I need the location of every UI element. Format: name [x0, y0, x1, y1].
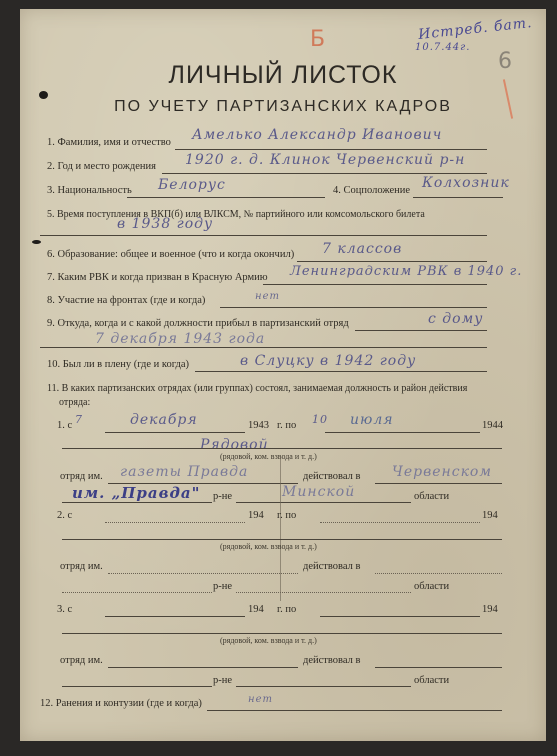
- detachment-2-position-line[interactable]: [62, 539, 502, 540]
- detachment-2-region-label: области: [414, 581, 449, 592]
- detachment-3-to-label: г. по: [277, 604, 296, 615]
- detachment-1-from-month[interactable]: декабря: [130, 412, 198, 428]
- field-6-line: [297, 261, 487, 262]
- detachment-2-district-label: р-не: [213, 581, 232, 592]
- punch-hole: [32, 240, 41, 244]
- detachment-3-num: 3. с: [57, 604, 72, 615]
- detachment-1-district-line: [62, 502, 212, 503]
- detachment-1-to-year: 1944: [482, 420, 503, 431]
- detachment-2-operated-line[interactable]: [375, 573, 502, 574]
- field-9-line: [355, 330, 487, 331]
- detachment-2-name-label: отряд им.: [60, 561, 103, 572]
- detachment-3-operated-label: действовал в: [303, 655, 360, 666]
- detachment-3-position-line[interactable]: [62, 633, 502, 634]
- detachment-1-to-label: г. по: [277, 420, 296, 431]
- detachment-1-to-line: [325, 432, 480, 433]
- red-annotation: Б: [310, 27, 326, 52]
- field-1-label: 1. Фамилия, имя и отчество: [47, 137, 171, 148]
- detachment-3-position-hint: (рядовой, ком. взвода и т. д.): [220, 636, 317, 645]
- detachment-3-to-line[interactable]: [320, 616, 480, 617]
- field-9-line2: [40, 347, 487, 348]
- detachment-1-from-day[interactable]: 7: [75, 413, 83, 426]
- field-7-line: [263, 284, 487, 285]
- detachment-1-region[interactable]: Минской: [282, 484, 355, 500]
- detachment-1-num: 1. с: [57, 420, 72, 431]
- field-8-value[interactable]: нет: [255, 291, 280, 302]
- field-4-value[interactable]: Колхозник: [422, 175, 510, 191]
- field-11-label: 11. В каких партизанских отрядах (или гр…: [47, 383, 467, 394]
- field-2-label: 2. Год и место рождения: [47, 161, 156, 172]
- detachment-2-num: 2. с: [57, 510, 72, 521]
- detachment-1-name[interactable]: газеты Правда: [120, 464, 248, 480]
- page-title: ЛИЧНЫЙ ЛИСТОК: [20, 61, 546, 90]
- detachment-2-from-year: 194: [248, 510, 264, 521]
- field-9-value-line2[interactable]: 7 декабря 1943 года: [95, 331, 265, 347]
- punch-hole: [39, 91, 48, 99]
- detachment-1-to-day[interactable]: 10: [312, 413, 328, 426]
- field-1-line: [175, 149, 487, 150]
- field-10-line: [195, 371, 487, 372]
- field-9-value[interactable]: с дому: [428, 311, 483, 327]
- field-2-line: [162, 173, 487, 174]
- field-12-label: 12. Ранения и контузии (где и когда): [40, 698, 202, 709]
- field-11-label-line2: отряда:: [59, 397, 90, 408]
- detachment-2-region-line[interactable]: [236, 592, 411, 593]
- field-5-label: 5. Время поступления в ВКП(б) или ВЛКСМ,…: [47, 209, 425, 220]
- detachment-3-region-label: области: [414, 675, 449, 686]
- page-subtitle: ПО УЧЕТУ ПАРТИЗАНСКИХ КАДРОВ: [20, 98, 546, 116]
- field-4-line: [413, 197, 503, 198]
- field-7-value[interactable]: Ленинградским РВК в 1940 г.: [290, 264, 522, 279]
- detachment-3-region-line[interactable]: [236, 686, 411, 687]
- detachment-1-position[interactable]: Рядовой: [200, 437, 269, 453]
- field-3-line: [127, 197, 325, 198]
- detachment-1-position-hint: (рядовой, ком. взвода и т. д.): [220, 452, 317, 461]
- field-4-label: 4. Соцположение: [333, 185, 410, 196]
- detachment-2-to-line[interactable]: [320, 522, 480, 523]
- detachment-1-to-month[interactable]: июля: [350, 412, 394, 428]
- field-7-label: 7. Каким РВК и когда призван в Красную А…: [47, 272, 268, 283]
- detachment-2-district-line[interactable]: [62, 592, 212, 593]
- detachment-3-from-year: 194: [248, 604, 264, 615]
- personal-record-sheet: Б Истреб. бат. 10.7.44г. 6 ЛИЧНЫЙ ЛИСТОК…: [20, 9, 546, 741]
- detachment-2-to-year: 194: [482, 510, 498, 521]
- field-6-label: 6. Образование: общее и военное (что и к…: [47, 249, 294, 260]
- detachment-3-name-line[interactable]: [108, 667, 298, 668]
- detachment-3-name-label: отряд им.: [60, 655, 103, 666]
- detachment-2-position-hint: (рядовой, ком. взвода и т. д.): [220, 542, 317, 551]
- annotation-date: 10.7.44г.: [415, 42, 470, 53]
- field-12-line: [207, 710, 502, 711]
- field-3-label: 3. Национальность: [47, 185, 132, 196]
- detachment-1-position-line: [62, 448, 502, 449]
- field-10-value[interactable]: в Слуцку в 1942 году: [240, 353, 416, 369]
- field-12-value[interactable]: нет: [248, 694, 273, 705]
- field-3-value[interactable]: Белорус: [158, 177, 226, 193]
- detachment-1-name-label: отряд им.: [60, 471, 103, 482]
- field-8-line: [220, 307, 487, 308]
- field-10-label: 10. Был ли в плену (где и когда): [47, 359, 189, 370]
- detachment-2-from-line[interactable]: [105, 522, 245, 523]
- detachment-1-operated-label: действовал в: [303, 471, 360, 482]
- detachment-1-region-label: области: [414, 491, 449, 502]
- field-6-value[interactable]: 7 классов: [322, 241, 402, 257]
- detachment-3-district-label: р-не: [213, 675, 232, 686]
- field-2-value[interactable]: 1920 г. д. Клинок Червенский р-н: [185, 152, 465, 168]
- field-8-label: 8. Участие на фронтах (где и когда): [47, 295, 205, 306]
- detachment-1-from-year: 1943: [248, 420, 269, 431]
- detachment-2-operated-label: действовал в: [303, 561, 360, 572]
- detachment-1-operated-line: [375, 483, 502, 484]
- field-9-label: 9. Откуда, когда и с какой должности при…: [47, 318, 349, 329]
- detachment-3-to-year: 194: [482, 604, 498, 615]
- detachment-1-operated[interactable]: Червенском: [392, 464, 492, 480]
- annotation-top-right: Истреб. бат.: [417, 15, 533, 43]
- detachment-3-operated-line[interactable]: [375, 667, 502, 668]
- detachment-3-from-line[interactable]: [105, 616, 245, 617]
- detachment-1-region-line: [236, 502, 411, 503]
- detachment-2-to-label: г. по: [277, 510, 296, 521]
- detachment-1-name-line2[interactable]: им. „Правда": [72, 484, 200, 502]
- field-5-value[interactable]: в 1938 году: [117, 216, 213, 232]
- field-5-line: [40, 235, 487, 236]
- detachment-1-district-label: р-не: [213, 491, 232, 502]
- field-1-value[interactable]: Амелько Александр Иванович: [192, 127, 442, 143]
- detachment-1-from-line: [105, 432, 245, 433]
- detachment-3-district-line[interactable]: [62, 686, 212, 687]
- fold-crease: [280, 456, 281, 601]
- detachment-2-name-line[interactable]: [108, 573, 298, 574]
